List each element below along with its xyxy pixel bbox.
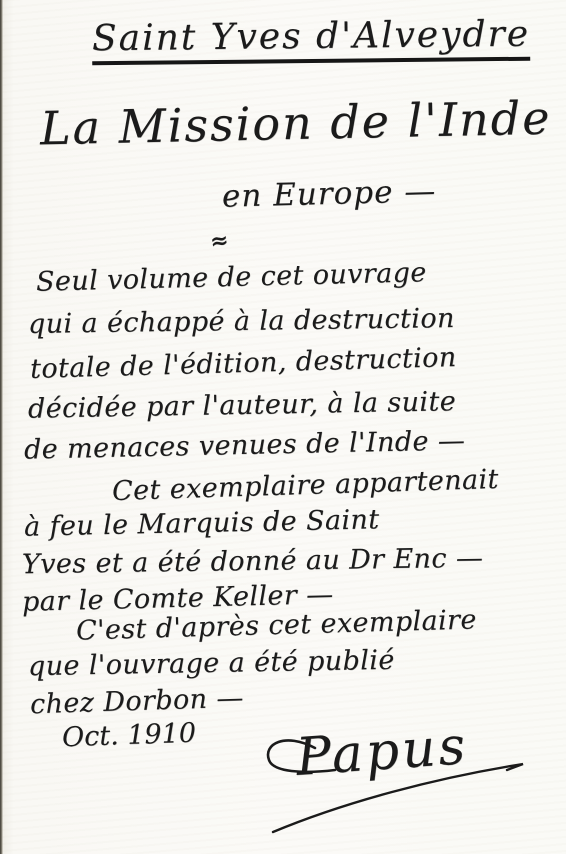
paragraph1-line5: de menaces venues de l'Inde — [24,425,466,465]
paragraph1-line2: qui a échappé à la destruction [28,303,455,340]
paragraph1-line4: décidée par l'auteur, à la suite [28,386,457,424]
paragraph2-line1: Cet exemplaire appartenait [112,464,500,507]
paragraph3-line3: chez Dorbon — [30,683,245,721]
page-title: Saint Yves d'Alveydre [92,14,531,66]
signature-papus: Papus [294,716,470,788]
handwritten-note-page: Saint Yves d'Alveydre La Mission de l'In… [0,0,566,854]
section-divider-mark: ≈ [208,227,230,255]
paragraph3-line2: que l'ouvrage a été publié [28,645,395,682]
date-line: Oct. 1910 [61,718,196,754]
scan-edge-shadow [0,0,3,854]
book-title-line2: en Europe — [222,173,437,215]
paragraph1-line3: totale de l'édition, destruction [30,342,457,385]
paragraph2-line3: Yves et a été donné au Dr Enc — [22,543,484,580]
paragraph2-line2: à feu le Marquis de Saint [24,504,380,542]
paragraph1-line1: Seul volume de cet ouvrage [36,257,427,298]
book-title-line1: La Mission de l'Inde [39,91,551,156]
